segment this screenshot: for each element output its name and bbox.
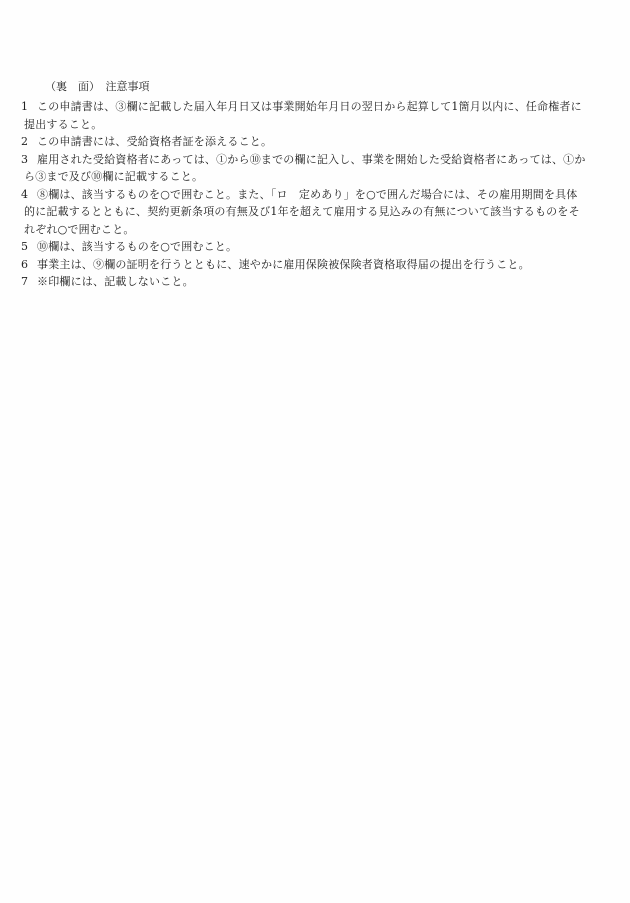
note-item-1: 1 この申請書は、③欄に記載した届入年月日又は事業開始年月日の翌日から起算して1… [0,98,630,133]
note-text: この申請書には、受給資格者証を添えること。 [22,133,602,151]
note-line: この申請書には、受給資格者証を添えること。 [37,133,602,151]
note-text: ⑩欄は、該当するものを○で囲むこと。 [22,238,602,256]
note-number: 6 [21,256,33,274]
note-text: ※印欄には、記載しないこと。 [22,273,602,291]
note-line: 提出すること。 [24,116,602,134]
note-line: れぞれ○で囲むこと。 [24,221,602,239]
note-number: 2 [21,133,33,151]
note-line: ⑧欄は、該当するものを○で囲むこと。また、「ロ 定めあり」を○で囲んだ場合には、… [37,186,602,204]
notes-list: 1 この申請書は、③欄に記載した届入年月日又は事業開始年月日の翌日から起算して1… [0,98,630,291]
note-line: ⑩欄は、該当するものを○で囲むこと。 [37,238,602,256]
note-number: 5 [21,238,33,256]
note-text: 事業主は、⑨欄の証明を行うとともに、速やかに雇用保険被保険者資格取得届の提出を行… [22,256,602,274]
note-text: ⑧欄は、該当するものを○で囲むこと。また、「ロ 定めあり」を○で囲んだ場合には、… [22,186,602,239]
note-item-4: 4 ⑧欄は、該当するものを○で囲むこと。また、「ロ 定めあり」を○で囲んだ場合に… [0,186,630,239]
note-line: ら③まで及び⑩欄に記載すること。 [24,168,602,186]
note-number: 7 [21,273,33,291]
note-text: 雇用された受給資格者にあっては、①から⑩までの欄に記入し、事業を開始した受給資格… [22,151,602,186]
note-line: 的に記載するとともに、契約更新条項の有無及び1年を超えて雇用する見込みの有無につ… [24,203,602,221]
note-number: 1 [21,98,33,116]
note-item-6: 6 事業主は、⑨欄の証明を行うとともに、速やかに雇用保険被保険者資格取得届の提出… [0,256,630,274]
note-line: ※印欄には、記載しないこと。 [37,273,602,291]
page-heading: （裏 面） 注意事項 [45,80,150,94]
note-item-2: 2 この申請書には、受給資格者証を添えること。 [0,133,630,151]
note-item-3: 3 雇用された受給資格者にあっては、①から⑩までの欄に記入し、事業を開始した受給… [0,151,630,186]
note-text: この申請書は、③欄に記載した届入年月日又は事業開始年月日の翌日から起算して1箇月… [22,98,602,133]
document-page: （裏 面） 注意事項 1 この申請書は、③欄に記載した届入年月日又は事業開始年月… [0,0,630,903]
note-item-5: 5 ⑩欄は、該当するものを○で囲むこと。 [0,238,630,256]
note-number: 3 [21,151,33,169]
note-number: 4 [21,186,33,204]
note-line: 事業主は、⑨欄の証明を行うとともに、速やかに雇用保険被保険者資格取得届の提出を行… [37,256,602,274]
note-line: この申請書は、③欄に記載した届入年月日又は事業開始年月日の翌日から起算して1箇月… [37,98,602,116]
note-line: 雇用された受給資格者にあっては、①から⑩までの欄に記入し、事業を開始した受給資格… [37,151,602,169]
note-item-7: 7 ※印欄には、記載しないこと。 [0,273,630,291]
